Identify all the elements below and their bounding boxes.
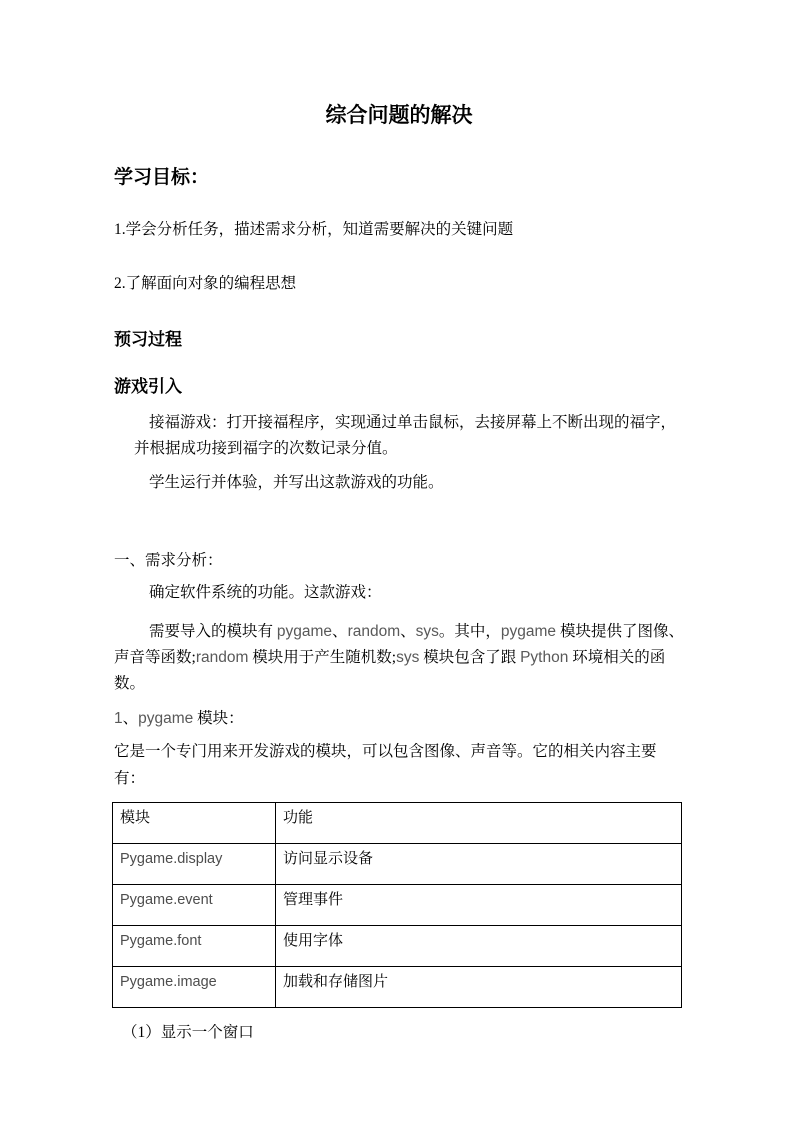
cjk-text: 、 bbox=[123, 710, 139, 727]
latin-text: random bbox=[348, 623, 401, 640]
student-task-paragraph: 学生运行并体验，并写出这款游戏的功能。 bbox=[114, 470, 684, 496]
game-intro-heading: 游戏引入 bbox=[114, 374, 684, 400]
show-window-item: （1）显示一个窗口 bbox=[114, 1020, 684, 1046]
table-header-cell: 模块 bbox=[113, 803, 276, 844]
table-row: Pygame.display访问显示设备 bbox=[113, 844, 682, 885]
pygame-module-heading: 1、pygame 模块： bbox=[114, 706, 684, 732]
document-page: 综合问题的解决 学习目标： 1.学会分析任务，描述需求分析，知道需要解决的关键问… bbox=[0, 0, 794, 1123]
latin-text: sys bbox=[416, 623, 439, 640]
requirement-analysis-heading: 一、需求分析： bbox=[114, 548, 684, 574]
table-row: Pygame.event管理事件 bbox=[113, 885, 682, 926]
latin-text: pygame bbox=[138, 710, 193, 727]
module-name-cell: Pygame.display bbox=[113, 844, 276, 885]
module-function-cell: 加载和存储图片 bbox=[276, 967, 682, 1008]
latin-text: pygame bbox=[501, 623, 556, 640]
module-name-cell: Pygame.image bbox=[113, 967, 276, 1008]
module-function-cell: 管理事件 bbox=[276, 885, 682, 926]
game-description-paragraph: 接福游戏：打开接福程序，实现通过单击鼠标，去接屏幕上不断出现的福字，并根据成功接… bbox=[134, 410, 684, 462]
learning-goal-item-1: 1.学会分析任务，描述需求分析，知道需要解决的关键问题 bbox=[114, 217, 684, 243]
preview-process-heading: 预习过程 bbox=[114, 327, 684, 353]
module-name-cell: Pygame.font bbox=[113, 926, 276, 967]
learning-goals-heading: 学习目标： bbox=[114, 164, 684, 191]
module-name-cell: Pygame.event bbox=[113, 885, 276, 926]
document-title: 综合问题的解决 bbox=[114, 100, 684, 130]
pygame-module-intro: 它是一个专门用来开发游戏的模块，可以包含图像、声音等。它的相关内容主要有： bbox=[114, 738, 684, 792]
latin-text: Python bbox=[520, 649, 568, 666]
latin-text: 1 bbox=[114, 710, 123, 727]
learning-goal-item-2: 2.了解面向对象的编程思想 bbox=[114, 271, 684, 297]
latin-text: pygame bbox=[277, 623, 332, 640]
table-header-cell: 功能 bbox=[276, 803, 682, 844]
cjk-text: 需要导入的模块有 bbox=[149, 623, 277, 640]
cjk-text: 模块用于产生随机数; bbox=[248, 649, 396, 666]
module-function-cell: 使用字体 bbox=[276, 926, 682, 967]
cjk-text: 模块： bbox=[193, 710, 243, 727]
module-function-cell: 访问显示设备 bbox=[276, 844, 682, 885]
table-header-row: 模块功能 bbox=[113, 803, 682, 844]
cjk-text: 模块包含了跟 bbox=[419, 649, 520, 666]
cjk-text: 、 bbox=[400, 623, 416, 640]
table-row: Pygame.image加载和存储图片 bbox=[113, 967, 682, 1008]
latin-text: random bbox=[196, 649, 249, 666]
cjk-text: 。其中， bbox=[439, 623, 501, 640]
cjk-text: 、 bbox=[332, 623, 348, 640]
table-row: Pygame.font使用字体 bbox=[113, 926, 682, 967]
latin-text: sys bbox=[396, 649, 419, 666]
modules-import-paragraph: 需要导入的模块有 pygame、random、sys。其中，pygame 模块提… bbox=[114, 619, 684, 697]
pygame-modules-table: 模块功能Pygame.display访问显示设备Pygame.event管理事件… bbox=[112, 802, 682, 1008]
confirm-function-paragraph: 确定软件系统的功能。这款游戏： bbox=[114, 580, 684, 606]
